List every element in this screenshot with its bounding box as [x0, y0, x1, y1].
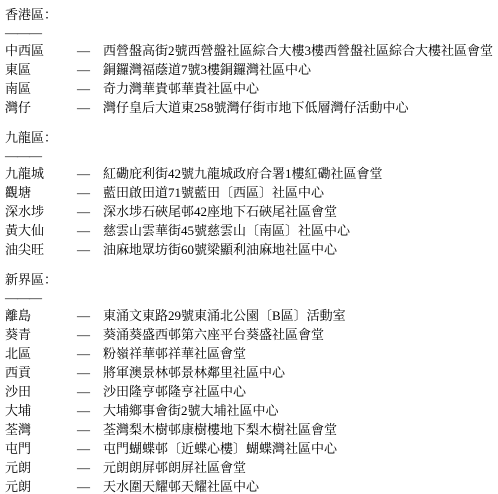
venue-row: 灣仔—灣仔皇后大道東258號灣仔街市地下低層灣仔活動中心 [5, 98, 495, 117]
venue-address: 東涌文東路29號東涌北公園〔B區〕活動室 [103, 306, 495, 325]
venue-address: 紅磡庇利街42號九龍城政府合署1樓紅磡社區會堂 [103, 164, 495, 183]
section-title: 香港區： [5, 4, 498, 26]
district-name: 灣仔 [5, 98, 77, 117]
district-name: 深水埗 [5, 202, 77, 221]
dash-separator: — [77, 325, 103, 344]
section-title: 九龍區： [5, 127, 498, 149]
dash-separator: — [77, 183, 103, 202]
dash-separator: — [77, 382, 103, 401]
venue-row: 觀塘—藍田啟田道71號藍田〔西區〕社區中心 [5, 183, 495, 202]
dash-separator: — [77, 344, 103, 363]
dash-separator: — [77, 98, 103, 117]
dash-separator: — [77, 164, 103, 183]
venue-address: 沙田隆亨邨隆亨社區中心 [103, 382, 495, 401]
venue-row: 元朗—元朗朗屏邨朗屏社區會堂 [5, 458, 495, 477]
venue-row: 油尖旺—油麻地眾坊街60號梁顯利油麻地社區中心 [5, 240, 495, 259]
district-name: 北區 [5, 344, 77, 363]
venue-table: 離島—東涌文東路29號東涌北公園〔B區〕活動室葵青—葵涌葵盛西邨第六座平台葵盛社… [5, 306, 495, 494]
district-name: 東區 [5, 60, 77, 79]
venue-address: 屯門蝴蝶邨〔近蝶心樓〕蝴蝶灣社區中心 [103, 439, 495, 458]
venue-row: 西貢—將軍澳景林邨景林鄰里社區中心 [5, 363, 495, 382]
venue-row: 元朗—天水圍天耀邨天耀社區中心 [5, 477, 495, 494]
venue-address: 元朗朗屏邨朗屏社區會堂 [103, 458, 495, 477]
district-name: 大埔 [5, 401, 77, 420]
community-hall-list: 香港區：———中西區—西營盤高街2號西營盤社區綜合大樓3樓西營盤社區綜合大樓社區… [0, 0, 498, 494]
venue-row: 南區—奇力灣華貴邨華貴社區中心 [5, 79, 495, 98]
district-name: 荃灣 [5, 420, 77, 439]
district-name: 沙田 [5, 382, 77, 401]
venue-address: 深水埗石硤尾邨42座地下石硤尾社區會堂 [103, 202, 495, 221]
venue-address: 大埔鄉事會街2號大埔社區中心 [103, 401, 495, 420]
venue-address: 銅鑼灣福蔭道7號3樓銅鑼灣社區中心 [103, 60, 495, 79]
venue-address: 將軍澳景林邨景林鄰里社區中心 [103, 363, 495, 382]
venue-address: 天水圍天耀邨天耀社區中心 [103, 477, 495, 494]
dash-separator: — [77, 41, 103, 60]
district-name: 離島 [5, 306, 77, 325]
section-underline: ——— [5, 291, 498, 306]
dash-separator: — [77, 221, 103, 240]
venue-row: 深水埗—深水埗石硤尾邨42座地下石硤尾社區會堂 [5, 202, 495, 221]
venue-table: 九龍城—紅磡庇利街42號九龍城政府合署1樓紅磡社區會堂觀塘—藍田啟田道71號藍田… [5, 164, 495, 259]
section-hong-kong: 香港區：———中西區—西營盤高街2號西營盤社區綜合大樓3樓西營盤社區綜合大樓社區… [5, 4, 498, 117]
venue-address: 西營盤高街2號西營盤社區綜合大樓3樓西營盤社區綜合大樓社區會堂 [103, 41, 495, 60]
section-underline: ——— [5, 149, 498, 164]
dash-separator: — [77, 477, 103, 494]
district-name: 中西區 [5, 41, 77, 60]
venue-row: 大埔—大埔鄉事會街2號大埔社區中心 [5, 401, 495, 420]
dash-separator: — [77, 439, 103, 458]
district-name: 油尖旺 [5, 240, 77, 259]
venue-address: 灣仔皇后大道東258號灣仔街市地下低層灣仔活動中心 [103, 98, 495, 117]
venue-table: 中西區—西營盤高街2號西營盤社區綜合大樓3樓西營盤社區綜合大樓社區會堂東區—銅鑼… [5, 41, 495, 117]
venue-row: 屯門—屯門蝴蝶邨〔近蝶心樓〕蝴蝶灣社區中心 [5, 439, 495, 458]
district-name: 葵青 [5, 325, 77, 344]
page: { "page": { "background_color": "#ffffff… [0, 0, 498, 494]
dash-separator: — [77, 240, 103, 259]
district-name: 觀塘 [5, 183, 77, 202]
district-name: 西貢 [5, 363, 77, 382]
dash-separator: — [77, 306, 103, 325]
district-name: 黃大仙 [5, 221, 77, 240]
dash-separator: — [77, 202, 103, 221]
venue-row: 葵青—葵涌葵盛西邨第六座平台葵盛社區會堂 [5, 325, 495, 344]
venue-row: 中西區—西營盤高街2號西營盤社區綜合大樓3樓西營盤社區綜合大樓社區會堂 [5, 41, 495, 60]
dash-separator: — [77, 458, 103, 477]
dash-separator: — [77, 60, 103, 79]
district-name: 南區 [5, 79, 77, 98]
venue-row: 黃大仙—慈雲山雲華街45號慈雲山〔南區〕社區中心 [5, 221, 495, 240]
district-name: 屯門 [5, 439, 77, 458]
district-name: 九龍城 [5, 164, 77, 183]
venue-row: 沙田—沙田隆亨邨隆亨社區中心 [5, 382, 495, 401]
venue-row: 東區—銅鑼灣福蔭道7號3樓銅鑼灣社區中心 [5, 60, 495, 79]
section-underline: ——— [5, 26, 498, 41]
venue-address: 油麻地眾坊街60號梁顯利油麻地社區中心 [103, 240, 495, 259]
venue-address: 葵涌葵盛西邨第六座平台葵盛社區會堂 [103, 325, 495, 344]
dash-separator: — [77, 79, 103, 98]
dash-separator: — [77, 420, 103, 439]
district-name: 元朗 [5, 458, 77, 477]
venue-row: 北區—粉嶺祥華邨祥華社區會堂 [5, 344, 495, 363]
venue-address: 藍田啟田道71號藍田〔西區〕社區中心 [103, 183, 495, 202]
dash-separator: — [77, 401, 103, 420]
venue-address: 奇力灣華貴邨華貴社區中心 [103, 79, 495, 98]
section-title: 新界區： [5, 269, 498, 291]
venue-row: 荃灣—荃灣梨木樹邨康樹樓地下梨木樹社區會堂 [5, 420, 495, 439]
venue-address: 粉嶺祥華邨祥華社區會堂 [103, 344, 495, 363]
venue-address: 荃灣梨木樹邨康樹樓地下梨木樹社區會堂 [103, 420, 495, 439]
district-name: 元朗 [5, 477, 77, 494]
venue-address: 慈雲山雲華街45號慈雲山〔南區〕社區中心 [103, 221, 495, 240]
dash-separator: — [77, 363, 103, 382]
section-kowloon: 九龍區：———九龍城—紅磡庇利街42號九龍城政府合署1樓紅磡社區會堂觀塘—藍田啟… [5, 127, 498, 259]
section-new-territories: 新界區：———離島—東涌文東路29號東涌北公園〔B區〕活動室葵青—葵涌葵盛西邨第… [5, 269, 498, 494]
venue-row: 離島—東涌文東路29號東涌北公園〔B區〕活動室 [5, 306, 495, 325]
venue-row: 九龍城—紅磡庇利街42號九龍城政府合署1樓紅磡社區會堂 [5, 164, 495, 183]
